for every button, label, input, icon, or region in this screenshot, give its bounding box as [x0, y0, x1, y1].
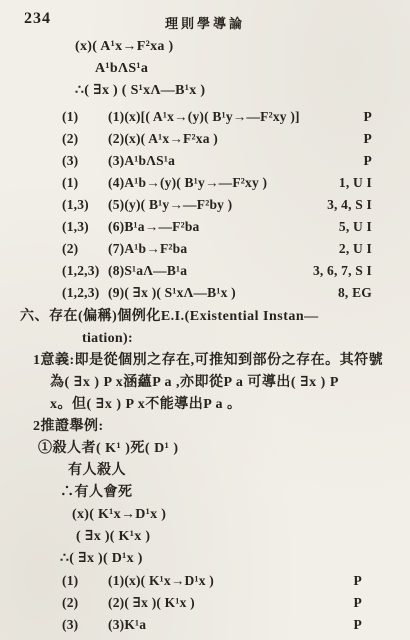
row-ref: (3) [62, 614, 108, 636]
row-ref: (1) [62, 570, 108, 592]
row-formula: (8)S¹aΛ—B¹a [108, 260, 312, 282]
row-formula: (2)(x)( A¹x→F²xa ) [108, 128, 312, 150]
row-formula: (3)K¹a [108, 614, 302, 636]
row-ref: (2) [62, 238, 108, 260]
row-ref: (3) [62, 150, 108, 172]
argument-line: ∴有人會死 [0, 482, 410, 504]
row-formula: (7)A¹b→F²ba [108, 238, 312, 260]
argument-line: ∴( ∃x )( D¹x ) [0, 548, 410, 570]
proof-row: (1,3) (6)B¹a→—F²ba 5, U I [0, 216, 410, 238]
argument-line: ( ∃x )( K¹x ) [0, 526, 410, 548]
proof-row: (1,2,3) (8)S¹aΛ—B¹a 3, 6, 7, S I [0, 260, 410, 282]
proof-row: (2) (2)( ∃x )( K¹x ) P [0, 592, 410, 614]
proof-row: (1,2,3) (9)( ∃x )( S¹xΛ—B¹x ) 8, EG [0, 282, 410, 304]
definition-line: 1意義:即是從個別之存在,可推知到部份之存在。其符號 [0, 350, 410, 372]
proof-row: (1,3) (5)(y)( B¹y→—F²by ) 3, 4, S I [0, 194, 410, 216]
argument-line: (x)( K¹x→D¹x ) [0, 504, 410, 526]
row-justification: 2, U I [312, 238, 372, 260]
proof-row: (1) (4)A¹b→(y)( B¹y→—F²xy ) 1, U I [0, 172, 410, 194]
row-ref: (2) [62, 592, 108, 614]
row-ref: (1,2,3) [62, 282, 108, 304]
row-ref: (1,2,3) [62, 260, 108, 282]
row-formula: (4)A¹b→(y)( B¹y→—F²xy ) [108, 172, 312, 194]
row-formula: (6)B¹a→—F²ba [108, 216, 312, 238]
row-justification: P [312, 106, 372, 128]
proof-table-2: (1) (1)(x)( K¹x→D¹x ) P (2) (2)( ∃x )( K… [0, 570, 410, 636]
proof-table-1: (1) (1)(x)[( A¹x→(y)( B¹y→—F²xy )] P (2)… [0, 106, 410, 304]
proof-row: (2) (7)A¹b→F²ba 2, U I [0, 238, 410, 260]
section-ei: 六、存在(偏稱)個例化E.I.(Existential Instan— tiat… [0, 306, 410, 460]
row-formula: (2)( ∃x )( K¹x ) [108, 592, 302, 614]
proof-row: (3) (3)K¹a P [0, 614, 410, 636]
row-formula: (1)(x)[( A¹x→(y)( B¹y→—F²xy )] [108, 106, 312, 128]
row-ref: (1) [62, 172, 108, 194]
row-justification: 8, EG [312, 282, 372, 304]
definition-line: 為( ∃x ) P x涵蘊P a ,亦即從P a 可導出( ∃x ) P [0, 372, 410, 394]
row-ref: (2) [62, 128, 108, 150]
argument-block: 有人殺人 ∴有人會死 (x)( K¹x→D¹x ) ( ∃x )( K¹x ) … [0, 460, 410, 570]
row-justification: 1, U I [312, 172, 372, 194]
section-heading-continued: tiation): [0, 328, 410, 350]
row-ref: (1) [62, 106, 108, 128]
example-label: ①殺人者( K¹ )死( D¹ ) [0, 438, 410, 460]
proof-row: (1) (1)(x)[( A¹x→(y)( B¹y→—F²xy )] P [0, 106, 410, 128]
row-justification: 5, U I [312, 216, 372, 238]
proof-row: (1) (1)(x)( K¹x→D¹x ) P [0, 570, 410, 592]
conclusion-line: ∴( ∃x ) ( S¹xΛ—B¹x ) [0, 80, 410, 102]
argument-line: 有人殺人 [0, 460, 410, 482]
premise-block: (x)( A¹x→F²xa ) A¹bΛS¹a ∴( ∃x ) ( S¹xΛ—B… [0, 36, 410, 102]
row-formula: (9)( ∃x )( S¹xΛ—B¹x ) [108, 282, 312, 304]
premise-line: A¹bΛS¹a [0, 58, 410, 80]
book-page: 234 理則學導論 (x)( A¹x→F²xa ) A¹bΛS¹a ∴( ∃x … [0, 0, 410, 640]
book-title: 理則學導論 [0, 13, 410, 32]
row-justification: P [302, 570, 362, 592]
definition-line: x。但( ∃x ) P x不能導出P a 。 [0, 394, 410, 416]
row-justification: 3, 6, 7, S I [312, 260, 372, 282]
proof-row: (3) (3)A¹bΛS¹a P [0, 150, 410, 172]
page-header: 234 理則學導論 [0, 10, 410, 36]
row-ref: (1,3) [62, 216, 108, 238]
row-justification: P [312, 128, 372, 150]
row-justification: 3, 4, S I [312, 194, 372, 216]
row-justification: P [302, 592, 362, 614]
premise-line: (x)( A¹x→F²xa ) [0, 36, 410, 58]
row-ref: (1,3) [62, 194, 108, 216]
example-heading: 2推證舉例: [0, 416, 410, 438]
proof-row: (2) (2)(x)( A¹x→F²xa ) P [0, 128, 410, 150]
row-justification: P [302, 614, 362, 636]
row-formula: (5)(y)( B¹y→—F²by ) [108, 194, 312, 216]
row-justification: P [312, 150, 372, 172]
row-formula: (3)A¹bΛS¹a [108, 150, 312, 172]
row-formula: (1)(x)( K¹x→D¹x ) [108, 570, 302, 592]
section-heading: 六、存在(偏稱)個例化E.I.(Existential Instan— [0, 306, 410, 328]
